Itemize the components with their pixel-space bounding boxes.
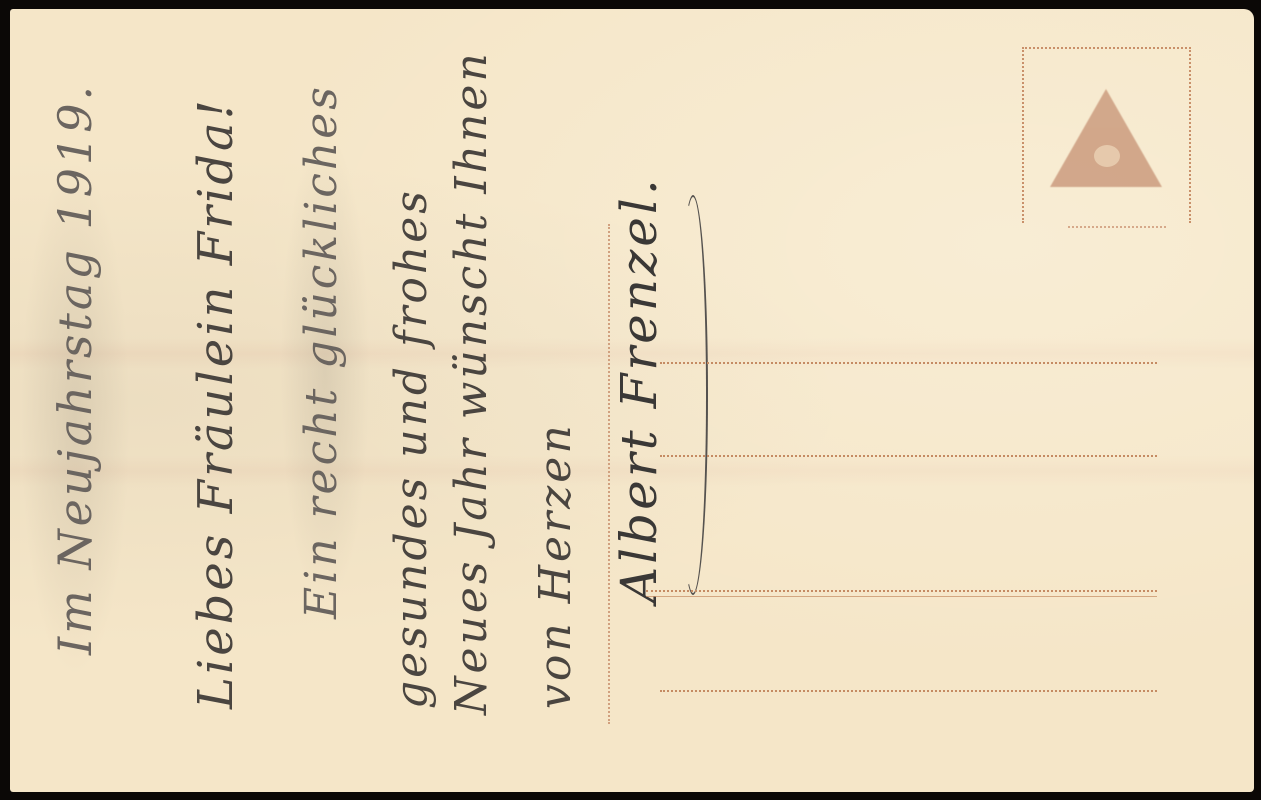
address-line-1 — [660, 362, 1157, 364]
address-line-3 — [646, 590, 1157, 592]
message-line-2: gesundes und frohes — [386, 188, 437, 709]
postcard: Im Neujahrstag 1919. Liebes Fräulein Fri… — [10, 9, 1254, 792]
message-line-4: von Herzen — [530, 422, 581, 709]
scan-frame: Im Neujahrstag 1919. Liebes Fräulein Fri… — [0, 0, 1261, 800]
vertical-divider — [608, 224, 610, 724]
signature-flourish — [678, 195, 708, 595]
stamp-box-bottom-line — [1068, 226, 1166, 228]
triangle-icon — [1050, 89, 1162, 187]
address-line-4 — [660, 690, 1157, 692]
message-signature: Albert Frenzel. — [610, 176, 668, 603]
address-line-3-underline — [646, 596, 1157, 597]
message-date-line: Im Neujahrstag 1919. — [48, 83, 102, 655]
stamp-wear-mark — [1094, 145, 1120, 167]
message-salutation: Liebes Fräulein Frida! — [188, 97, 244, 709]
message-line-1: Ein recht glückliches — [296, 84, 347, 619]
message-line-3: Neues Jahr wünscht Ihnen — [446, 50, 497, 715]
address-line-2 — [660, 455, 1157, 457]
